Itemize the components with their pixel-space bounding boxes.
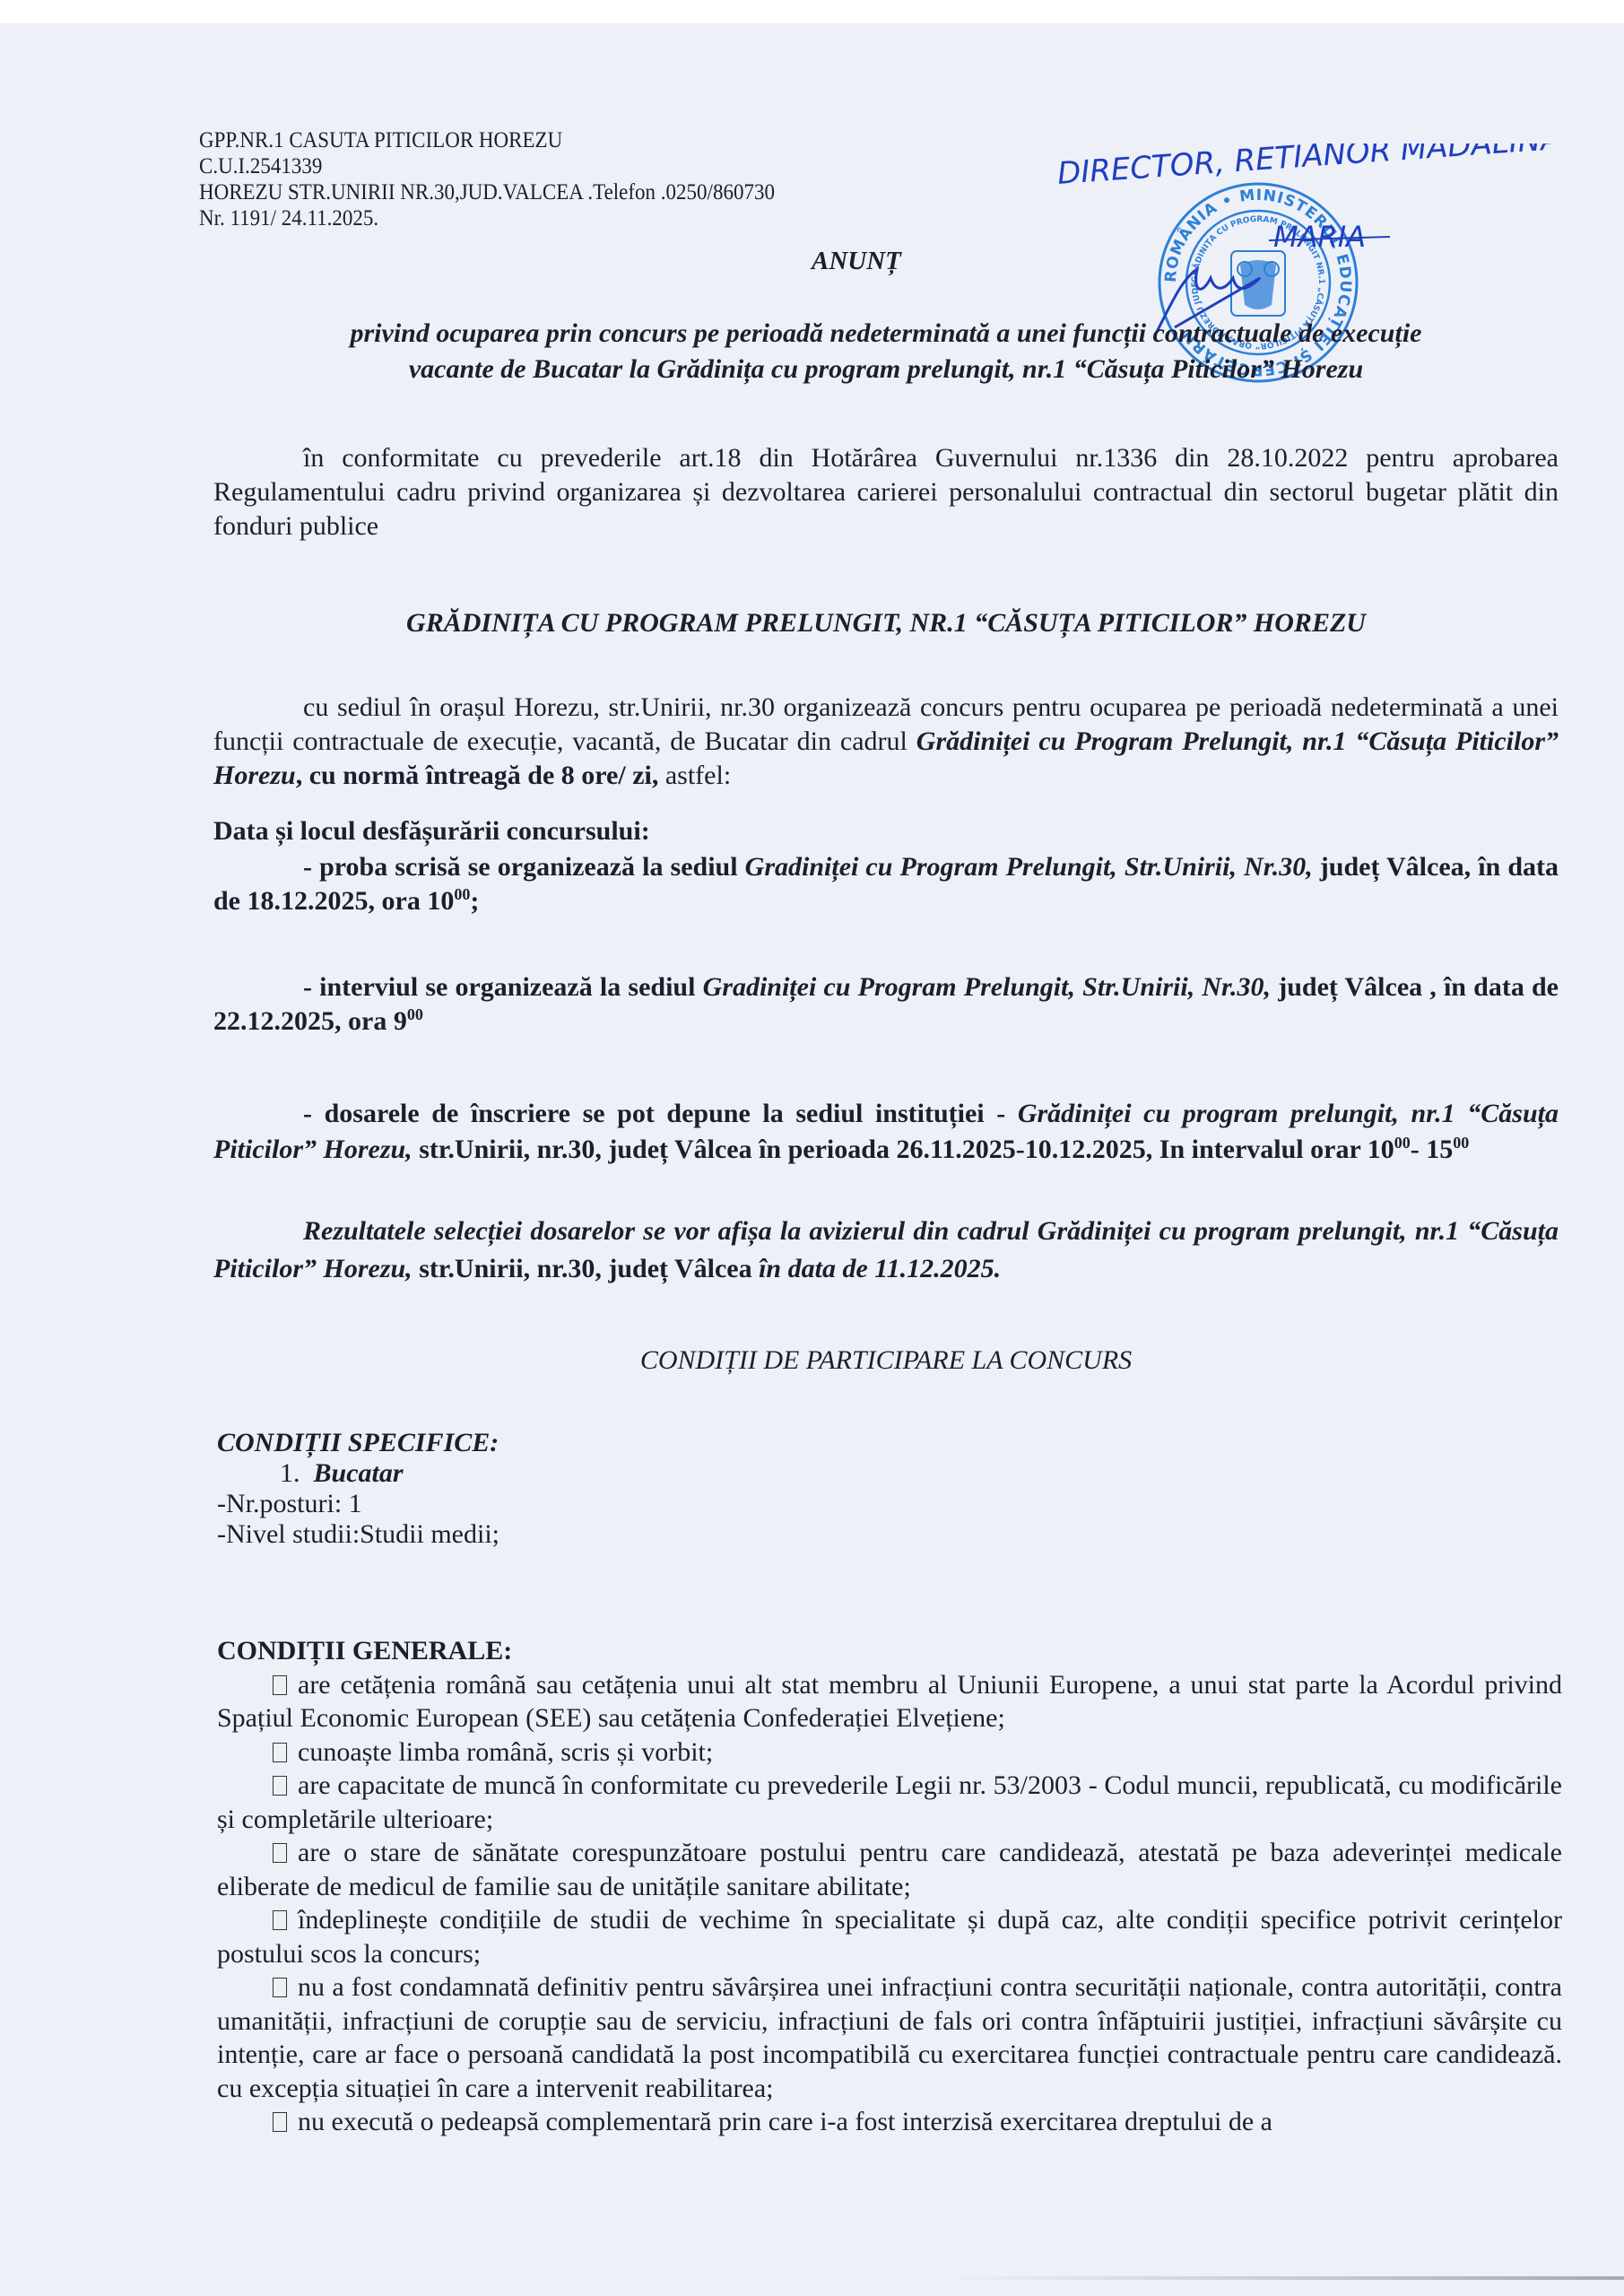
general-condition-item: are cetățenia română sau cetățenia unui … (217, 1668, 1562, 1735)
general-condition-item: îndeplinește condițiile de studii de vec… (217, 1903, 1562, 1970)
checkbox-bullet-icon (273, 1675, 287, 1695)
general-condition-text: are capacitate de muncă în conformitate … (217, 1770, 1562, 1834)
general-condition-text: are cetățenia română sau cetățenia unui … (217, 1670, 1562, 1734)
checkbox-bullet-icon (273, 1843, 287, 1863)
written-test-end: ; (470, 886, 479, 916)
interview-place: Gradiniței cu Program Prelungit, Str.Uni… (703, 972, 1271, 1002)
general-condition-item: cunoaște limba română, scris și vorbit; (217, 1735, 1562, 1770)
applications-item: - dosarele de înscriere se pot depune la… (213, 1096, 1559, 1168)
written-test-time-sup: 00 (454, 885, 470, 903)
written-test-item: - proba scrisă se organizează la sediul … (213, 850, 1559, 918)
general-condition-item: nu execută o pedeapsă complementară prin… (217, 2105, 1562, 2139)
applications-time-sup-2: 00 (1453, 1134, 1469, 1152)
general-conditions: CONDIȚII GENERALE: are cetățenia română … (217, 1634, 1562, 2139)
written-test-prefix: - proba scrisă se organizează la sediul (303, 852, 745, 882)
general-condition-text: are o stare de sănătate corespunzătoare … (217, 1838, 1562, 1901)
intro-norm: , cu normă întreagă de 8 ore/ zi, (296, 761, 659, 790)
general-condition-text: cunoaște limba română, scris și vorbit; (298, 1737, 713, 1767)
checkbox-bullet-icon (273, 1743, 287, 1762)
general-condition-text: îndeplinește condițiile de studii de vec… (217, 1905, 1562, 1969)
written-test-place: Gradiniței cu Program Prelungit, Str.Uni… (745, 852, 1313, 882)
conditions-heading: CONDIȚII DE PARTICIPARE LA CONCURS (213, 1344, 1559, 1378)
checkbox-bullet-icon (273, 2112, 287, 2132)
general-condition-item: are o stare de sănătate corespunzătoare … (217, 1836, 1562, 1903)
announcement-subtitle: privind ocuparea prin concurs pe perioad… (213, 316, 1559, 387)
document-title: ANUNȚ (812, 247, 901, 276)
results-item: Rezultatele selecției dosarelor se vor a… (213, 1213, 1559, 1288)
applications-period: str.Unirii, nr.30, județ Vâlcea în perio… (413, 1135, 1394, 1164)
general-condition-item: nu a fost condamnată definitiv pentru să… (217, 1970, 1562, 2105)
schedule-heading: Data și locul desfășurării concursului: (213, 814, 1559, 848)
intro-end: astfel: (658, 761, 731, 790)
checkbox-bullet-icon (273, 1910, 287, 1930)
position-name: Bucatar (314, 1458, 404, 1488)
applications-time-sup-1: 00 (1394, 1134, 1411, 1152)
interview-item: - interviul se organizează la sediul Gra… (213, 970, 1559, 1039)
general-conditions-heading: CONDIȚII GENERALE: (217, 1634, 1562, 1668)
institution-address: HOREZU STR.UNIRII NR.30,JUD.VALCEA .Tele… (199, 179, 775, 205)
interview-prefix: - interviul se organizează la sediul (303, 972, 703, 1002)
registration-number: Nr. 1191/ 24.11.2025. (199, 205, 775, 231)
scan-edge (0, 0, 1624, 24)
applications-time-mid: - 15 (1411, 1135, 1454, 1164)
general-condition-text: nu execută o pedeapsă complementară prin… (298, 2107, 1272, 2136)
results-date: în data de 11.12.2025. (759, 1254, 1001, 1283)
education-level: -Nivel studii:Studii medii; (217, 1519, 1562, 1550)
checkbox-bullet-icon (273, 1978, 287, 1997)
interview-time-sup: 00 (407, 1005, 423, 1023)
checkbox-bullet-icon (273, 1776, 287, 1796)
subtitle-line-1: privind ocuparea prin concurs pe perioad… (213, 316, 1559, 352)
specific-conditions: CONDIȚII SPECIFICE: 1. Bucatar -Nr.postu… (217, 1428, 1562, 1550)
results-address: str.Unirii, nr.30, județ Vâlcea (413, 1254, 759, 1283)
position-number: 1. (280, 1458, 300, 1488)
institution-header: GPP.NR.1 CASUTA PITICILOR HOREZU C.U.I.2… (199, 127, 775, 231)
specific-conditions-heading: CONDIȚII SPECIFICE: (217, 1428, 1562, 1458)
applications-prefix: - dosarele de înscriere se pot depune la… (303, 1099, 1018, 1128)
institution-cui: C.U.I.2541339 (199, 153, 775, 179)
organizer-heading: GRĂDINIȚA CU PROGRAM PRELUNGIT, NR.1 “CĂ… (213, 606, 1559, 640)
intro-paragraph: cu sediul în orașul Horezu, str.Unirii, … (213, 691, 1559, 793)
legal-basis-paragraph: în conformitate cu prevederile art.18 di… (213, 441, 1559, 544)
page-bottom-shadow (942, 2276, 1624, 2280)
general-condition-item: are capacitate de muncă în conformitate … (217, 1769, 1562, 1836)
subtitle-line-2: vacante de Bucatar la Grădinița cu progr… (213, 352, 1559, 387)
general-condition-text: nu a fost condamnată definitiv pentru să… (217, 1972, 1562, 2103)
position-entry: 1. Bucatar (217, 1458, 1562, 1489)
posts-count: -Nr.posturi: 1 (217, 1489, 1562, 1519)
institution-name: GPP.NR.1 CASUTA PITICILOR HOREZU (199, 127, 775, 153)
